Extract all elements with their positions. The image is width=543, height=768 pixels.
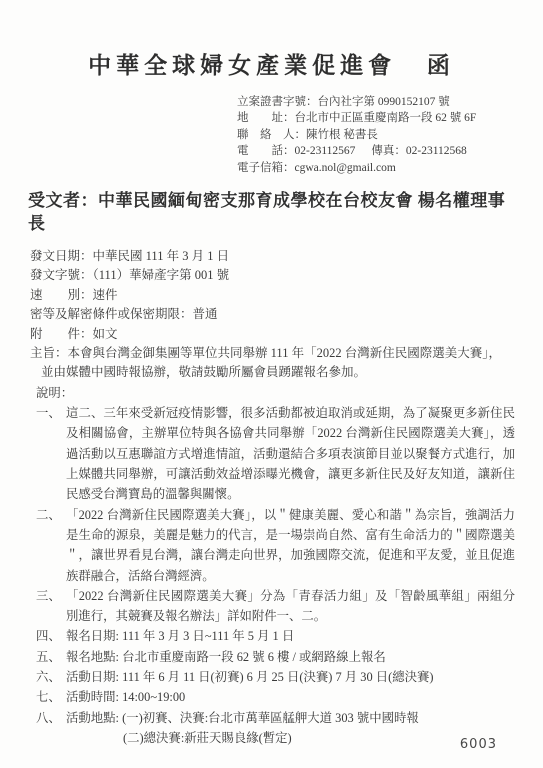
item-text: 報名地點: 台北市重慶南路一段 62 號 6 樓 / 或網路線上報名 — [66, 647, 515, 667]
item-number: 六、 — [36, 667, 66, 687]
recipient-label: 受文者： — [28, 191, 98, 210]
item-number: 七、 — [36, 687, 66, 707]
item-number: 八、 — [36, 708, 66, 749]
phone-label: 電 話： — [237, 145, 295, 157]
subject-line-1: 主旨：本會與台灣金御集團等單位共同舉辦 111 年「2022 台灣新住民國際選美… — [30, 344, 513, 363]
phone-value: 02-23112567 — [295, 145, 356, 157]
item-text: 「2022 台灣新住民國際選美大賽」分為「青春活力組」及「智齡風華組」兩組分別進… — [66, 586, 515, 627]
attachment-label: 附 件： — [30, 327, 93, 341]
explanation-item-5: 五、 報名地點: 台北市重慶南路一段 62 號 6 樓 / 或網路線上報名 — [36, 647, 515, 667]
item-number: 四、 — [36, 626, 66, 646]
doc-type-label: 函 — [427, 53, 455, 78]
registration-number-value: 台內社字第 0990152107 號 — [318, 96, 450, 108]
phone-fax-line: 電 話：02-23112567傳真：02-23112568 — [237, 143, 543, 159]
recipient-line: 受文者：中華民國緬甸密支那育成學校在台校友會 楊名權理事長 — [28, 190, 515, 235]
explanation-item-7: 七、 活動時間: 14:00~19:00 — [36, 687, 515, 707]
issue-date-label: 發文日期： — [30, 249, 93, 263]
fax-value: 02-23112568 — [406, 145, 467, 157]
doc-number-line: 發文字號：（111）華婦產字第 001 號 — [30, 266, 513, 285]
item-text: 報名日期: 111 年 3 月 3 日~111 年 5 月 1 日 — [66, 626, 515, 646]
item-text: 「2022 台灣新住民國際選美大賽」，以＂健康美麗、愛心和諧＂為宗旨，強調活力是… — [66, 505, 515, 586]
item-number: 一、 — [36, 403, 66, 504]
email-label: 電子信箱： — [237, 162, 295, 174]
page-number: 6003 — [460, 737, 497, 752]
subject-block: 主旨：本會與台灣金御集團等單位共同舉辦 111 年「2022 台灣新住民國際選美… — [30, 344, 513, 383]
subject-line-2: 並由媒體中國時報協辦，敬請鼓勵所屬會員踴躍報名參加。 — [30, 363, 513, 382]
explanation-item-6: 六、 活動日期: 111 年 6 月 11 日(初賽) 6 月 25 日(決賽)… — [36, 667, 515, 687]
contact-person-label: 聯 絡 人： — [237, 129, 306, 141]
item-text: 活動時間: 14:00~19:00 — [66, 687, 515, 707]
issue-date-line: 發文日期：中華民國 111 年 3 月 1 日 — [30, 247, 513, 266]
document-title: 中華全球婦女產業促進會 函 — [0, 0, 543, 82]
contact-person-line: 聯 絡 人：陳竹根 秘書長 — [237, 127, 543, 143]
fax-label: 傳真： — [371, 145, 406, 157]
email-line: 電子信箱：cgwa.nol@gmail.com — [237, 160, 543, 176]
address-line: 地 址：台北市中正區重慶南路一段 62 號 6F — [237, 110, 543, 126]
item-number: 五、 — [36, 647, 66, 667]
explanation-item-2: 二、 「2022 台灣新住民國際選美大賽」，以＂健康美麗、愛心和諧＂為宗旨，強調… — [36, 505, 515, 586]
item-text: 活動日期: 111 年 6 月 11 日(初賽) 6 月 25 日(決賽) 7 … — [66, 667, 515, 687]
item-number: 三、 — [36, 586, 66, 627]
explanation-item-4: 四、 報名日期: 111 年 3 月 3 日~111 年 5 月 1 日 — [36, 626, 515, 646]
email-value: cgwa.nol@gmail.com — [295, 162, 396, 174]
item-text-line-2: (二)總決賽:新莊天賜良緣(暫定) — [66, 728, 515, 748]
explanation-item-1: 一、 這二、三年來受新冠疫情影響，很多活動都被迫取消或延期，為了凝聚更多新住民及… — [36, 403, 515, 504]
doc-number-value: （111）華婦產字第 001 號 — [93, 268, 230, 282]
explanation-block: 說明： 一、 這二、三年來受新冠疫情影響，很多活動都被迫取消或延期，為了凝聚更多… — [36, 383, 515, 748]
contact-person-value: 陳竹根 秘書長 — [306, 129, 378, 141]
doc-number-label: 發文字號： — [30, 268, 93, 282]
explanation-item-8: 八、 活動地點: (一)初賽、決賽:台北市萬華區艋舺大道 303 號中國時報 (… — [36, 708, 515, 749]
security-class-label: 密等及解密條件或保密期限： — [30, 307, 193, 321]
explanation-heading: 說明： — [36, 383, 515, 403]
item-text: 這二、三年來受新冠疫情影響，很多活動都被迫取消或延期，為了凝聚更多新住民及相關協… — [66, 403, 515, 504]
priority-line: 速 別：速件 — [30, 286, 513, 305]
item-number: 二、 — [36, 505, 66, 586]
meta-block: 發文日期：中華民國 111 年 3 月 1 日 發文字號：（111）華婦產字第 … — [30, 247, 513, 344]
security-class-value: 普通 — [193, 307, 218, 321]
priority-label: 速 別： — [30, 288, 93, 302]
item-text: 活動地點: (一)初賽、決賽:台北市萬華區艋舺大道 303 號中國時報 (二)總… — [66, 708, 515, 749]
attachment-value: 如文 — [93, 327, 118, 341]
registration-number-line: 立案證書字號：台內社字第 0990152107 號 — [237, 94, 543, 110]
issue-date-value: 中華民國 111 年 3 月 1 日 — [93, 249, 230, 263]
item-text-line-1: 活動地點: (一)初賽、決賽:台北市萬華區艋舺大道 303 號中國時報 — [66, 708, 515, 728]
address-label: 地 址： — [237, 112, 295, 124]
security-class-line: 密等及解密條件或保密期限：普通 — [30, 305, 513, 324]
header-info-block: 立案證書字號：台內社字第 0990152107 號 地 址：台北市中正區重慶南路… — [237, 94, 543, 176]
recipient-value: 中華民國緬甸密支那育成學校在台校友會 楊名權理事長 — [28, 191, 505, 233]
explanation-item-3: 三、 「2022 台灣新住民國際選美大賽」分為「青春活力組」及「智齡風華組」兩組… — [36, 586, 515, 627]
address-value: 台北市中正區重慶南路一段 62 號 6F — [295, 112, 477, 124]
priority-value: 速件 — [93, 288, 118, 302]
document-page: 中華全球婦女產業促進會 函 立案證書字號：台內社字第 0990152107 號 … — [0, 0, 543, 768]
org-name: 中華全球婦女產業促進會 — [88, 53, 396, 78]
attachment-line: 附 件：如文 — [30, 325, 513, 344]
registration-number-label: 立案證書字號： — [237, 96, 318, 108]
